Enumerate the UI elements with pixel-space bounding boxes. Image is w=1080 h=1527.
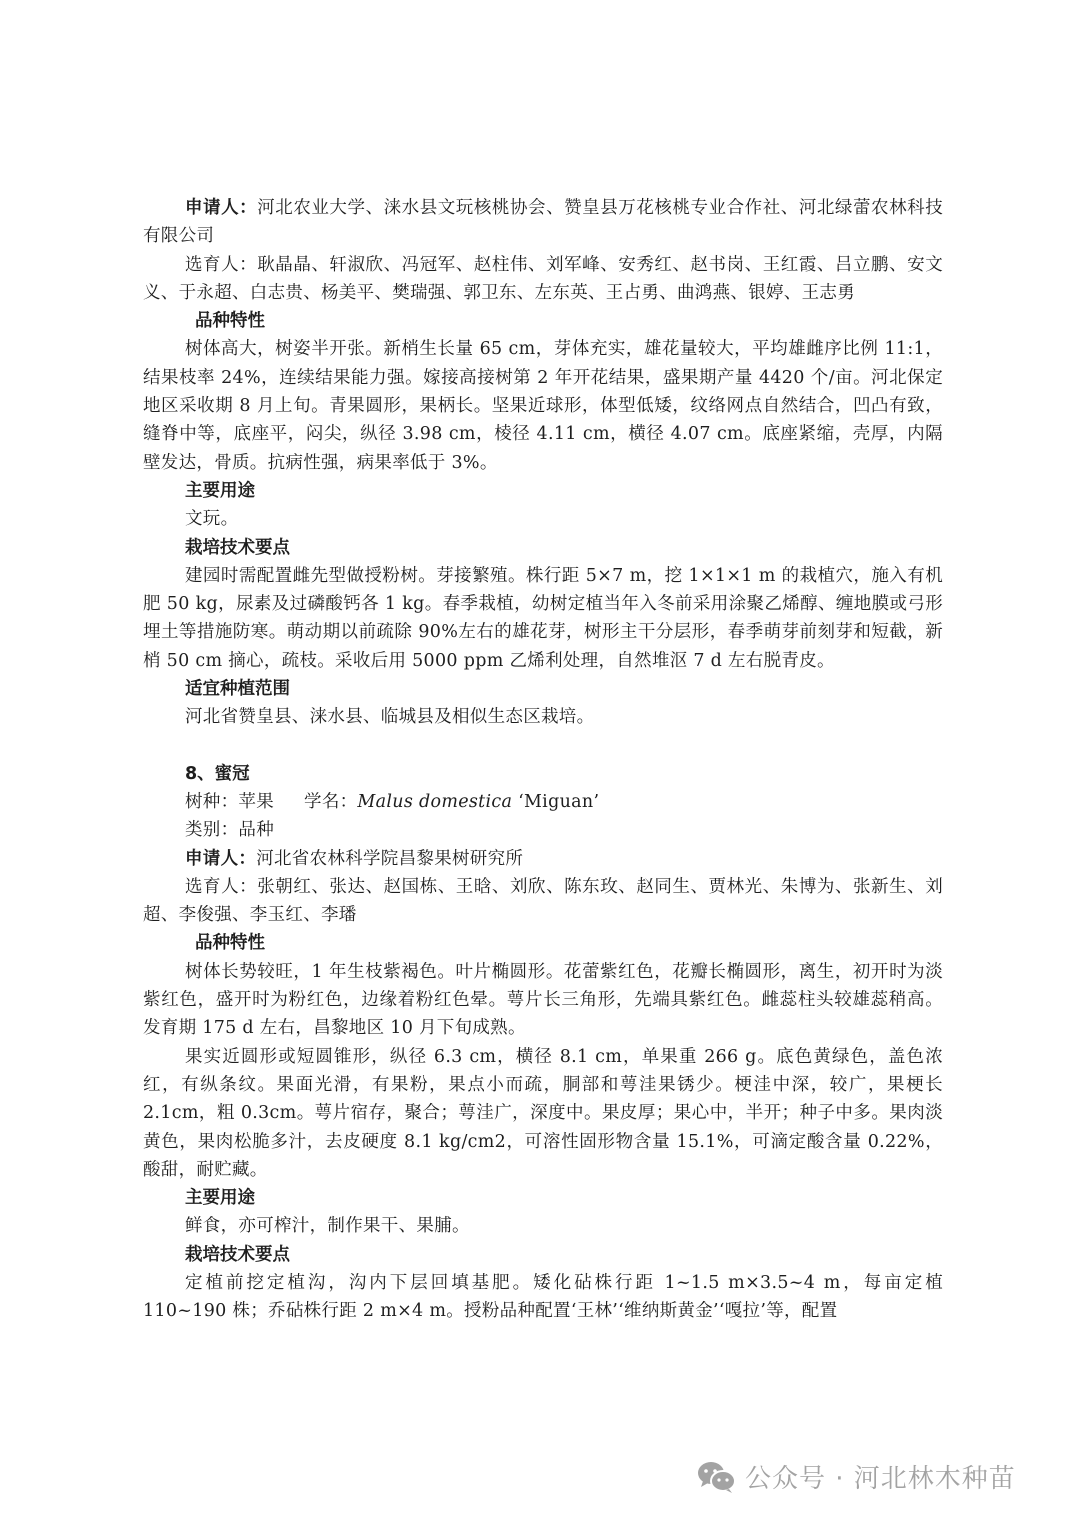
breeders-paragraph: 选育人：张朝红、张达、赵国栋、王晗、刘欣、陈东玫、赵同生、贾林光、朱博为、张新生… <box>143 873 943 930</box>
sci-label: 学名： <box>304 792 357 812</box>
wechat-icon <box>697 1460 737 1494</box>
section-gap <box>143 732 943 760</box>
breeders-label: 选育人： <box>185 255 257 275</box>
watermark: 公众号 · 河北林木种苗 <box>697 1458 1016 1495</box>
traits-paragraph-1: 树体长势较旺，1 年生枝紫褐色。叶片椭圆形。花蕾紫红色，花瓣长椭圆形，离生，初开… <box>143 958 943 1043</box>
species-value: 苹果 <box>238 792 274 812</box>
cultivation-paragraph: 建园时需配置雌先型做授粉树。芽接繁殖。株行距 5×7 m，挖 1×1×1 m 的… <box>143 562 943 675</box>
applicant-label: 申请人： <box>185 849 256 869</box>
breeders-label: 选育人： <box>185 877 257 897</box>
species-label: 树种： <box>185 792 238 812</box>
range-paragraph: 河北省赞皇县、涞水县、临城县及相似生态区栽培。 <box>143 703 943 731</box>
sci-name: Malus domestica <box>357 792 512 812</box>
applicant-paragraph: 申请人：河北农业大学、涞水县文玩核桃协会、赞皇县万花核桃专业合作社、河北绿蕾农林… <box>143 194 943 251</box>
applicant-value: 河北农业大学、涞水县文玩核桃协会、赞皇县万花核桃专业合作社、河北绿蕾农林科技有限… <box>143 198 943 246</box>
species-line: 树种：苹果学名：Malus domestica ‘Miguan’ <box>143 788 943 816</box>
cultivation-paragraph: 定植前挖定植沟，沟内下层回填基肥。矮化砧株行距 1~1.5 m×3.5~4 m，… <box>143 1269 943 1326</box>
applicant-value: 河北省农林科学院昌黎果树研究所 <box>256 849 523 869</box>
use-heading: 主要用途 <box>143 477 943 505</box>
watermark-text: 公众号 · 河北林木种苗 <box>745 1458 1016 1495</box>
cultivation-heading: 栽培技术要点 <box>143 1241 943 1269</box>
use-paragraph: 鲜食，亦可榨汁，制作果干、果脯。 <box>143 1212 943 1240</box>
applicant-label: 申请人： <box>185 198 257 218</box>
traits-paragraph: 树体高大，树姿半开张。新梢生长量 65 cm，芽体充实，雄花量较大，平均雄雌序比… <box>143 335 943 476</box>
category-line: 类别：品种 <box>143 816 943 844</box>
use-heading: 主要用途 <box>143 1184 943 1212</box>
category-label: 类别： <box>185 820 238 840</box>
use-paragraph: 文玩。 <box>143 505 943 533</box>
traits-heading: 品种特性 <box>143 929 943 957</box>
applicant-paragraph: 申请人：河北省农林科学院昌黎果树研究所 <box>143 845 943 873</box>
category-value: 品种 <box>238 820 274 840</box>
cultivar-name: ‘Miguan’ <box>518 792 599 812</box>
traits-paragraph-2: 果实近圆形或短圆锥形，纵径 6.3 cm，横径 8.1 cm，单果重 266 g… <box>143 1043 943 1184</box>
document-page: 申请人：河北农业大学、涞水县文玩核桃协会、赞皇县万花核桃专业合作社、河北绿蕾农林… <box>143 194 943 1326</box>
section-title: 8、蜜冠 <box>143 760 943 788</box>
breeders-value: 耿晶晶、轩淑欣、冯冠军、赵柱伟、刘军峰、安秀红、赵书岗、王红霞、吕立鹏、安文义、… <box>143 255 943 303</box>
cultivation-heading: 栽培技术要点 <box>143 534 943 562</box>
breeders-paragraph: 选育人：耿晶晶、轩淑欣、冯冠军、赵柱伟、刘军峰、安秀红、赵书岗、王红霞、吕立鹏、… <box>143 251 943 308</box>
range-heading: 适宜种植范围 <box>143 675 943 703</box>
traits-heading: 品种特性 <box>143 307 943 335</box>
breeders-value: 张朝红、张达、赵国栋、王晗、刘欣、陈东玫、赵同生、贾林光、朱博为、张新生、刘超、… <box>143 877 943 925</box>
